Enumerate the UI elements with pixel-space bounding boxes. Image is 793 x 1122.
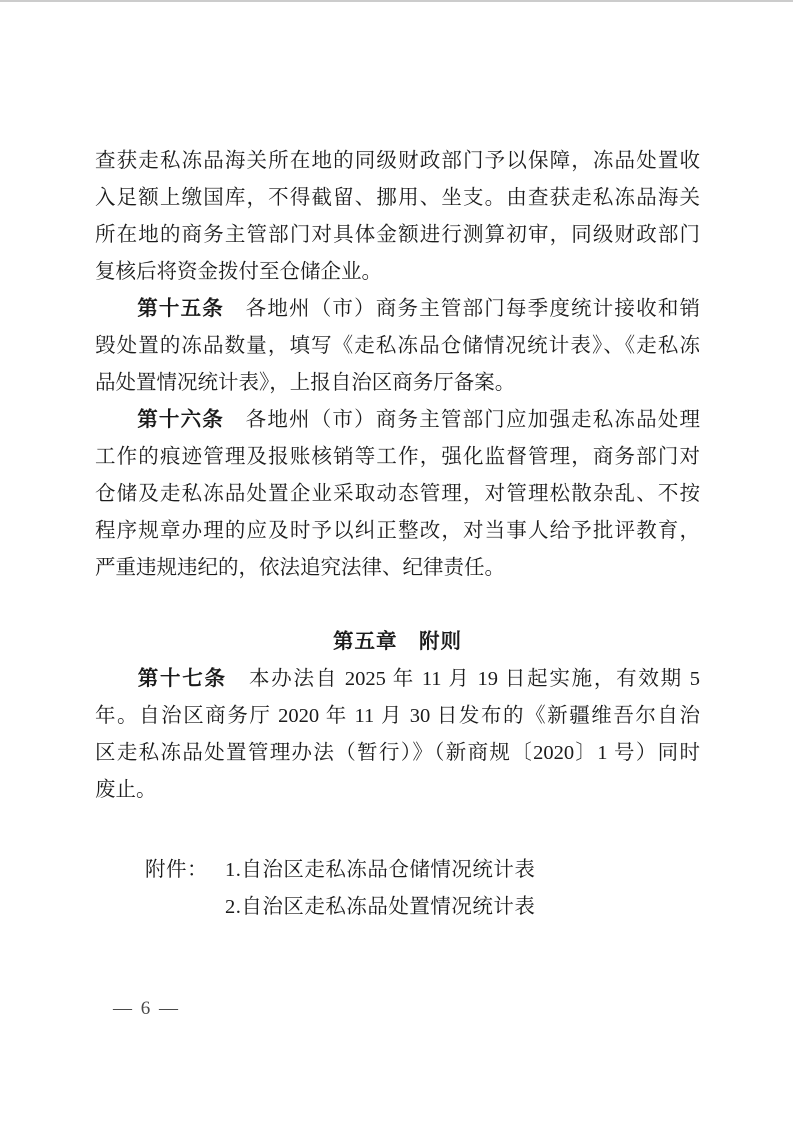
blank-line — [95, 587, 700, 624]
scan-edge-artifact — [0, 0, 793, 2]
text-line: 第十七条 本办法自 2025 年 11 月 19 日起实施，有效期 5 — [95, 661, 700, 698]
paragraph-article15: 第十五条 各地州（市）商务主管部门每季度统计接收和销 毁处置的冻品数量，填写《走… — [95, 291, 700, 402]
text-line: 第十五条 各地州（市）商务主管部门每季度统计接收和销 — [95, 291, 700, 328]
text-line: 年。自治区商务厅 2020 年 11 月 30 日发布的《新疆维吾尔自治 — [95, 698, 700, 735]
text-line: 严重违规违纪的，依法追究法律、纪律责任。 — [95, 550, 700, 587]
text-line: 废止。 — [95, 772, 700, 809]
paragraph-article16: 第十六条 各地州（市）商务主管部门应加强走私冻品处理 工作的痕迹管理及报账核销等… — [95, 402, 700, 587]
text-line: 入足额上缴国库，不得截留、挪用、坐支。由查获走私冻品海关 — [95, 180, 700, 217]
article-16-text: 各地州（市）商务主管部门应加强走私冻品处理 — [224, 409, 700, 431]
text-line: 第十六条 各地州（市）商务主管部门应加强走私冻品处理 — [95, 402, 700, 439]
page-number: — 6 — — [113, 998, 180, 1020]
document-page: 查获走私冻品海关所在地的同级财政部门予以保障，冻品处置收 入足额上缴国库，不得截… — [0, 0, 793, 1122]
attachment-item-1: 1.自治区走私冻品仓储情况统计表 — [225, 859, 535, 881]
article-16-number: 第十六条 — [136, 409, 224, 431]
text-line: 所在地的商务主管部门对具体金额进行测算初审，同级财政部门 — [95, 217, 700, 254]
text-line: 仓储及走私冻品处置企业采取动态管理，对管理松散杂乱、不按 — [95, 476, 700, 513]
article-15-number: 第十五条 — [136, 298, 224, 320]
attachments-label: 附件： — [145, 852, 225, 889]
text-line: 工作的痕迹管理及报账核销等工作，强化监督管理，商务部门对 — [95, 439, 700, 476]
article-17-text: 本办法自 2025 年 11 月 19 日起实施，有效期 5 — [227, 668, 700, 690]
text-line: 毁处置的冻品数量，填写《走私冻品仓储情况统计表》、《走私冻 — [95, 328, 700, 365]
text-line: 品处置情况统计表》，上报自治区商务厅备案。 — [95, 365, 700, 402]
paragraph-article14-continuation: 查获走私冻品海关所在地的同级财政部门予以保障，冻品处置收 入足额上缴国库，不得截… — [95, 143, 700, 291]
attachment-item-2: 2.自治区走私冻品处置情况统计表 — [225, 889, 700, 926]
document-body: 查获走私冻品海关所在地的同级财政部门予以保障，冻品处置收 入足额上缴国库，不得截… — [95, 143, 700, 926]
text-line: 程序规章办理的应及时予以纠正整改，对当事人给予批评教育， — [95, 513, 700, 550]
attachments-list: 附件：1.自治区走私冻品仓储情况统计表 2.自治区走私冻品处置情况统计表 — [145, 852, 700, 926]
attachment-line-1: 附件：1.自治区走私冻品仓储情况统计表 — [145, 852, 700, 889]
paragraph-article17: 第十七条 本办法自 2025 年 11 月 19 日起实施，有效期 5 年。自治… — [95, 661, 700, 809]
article-17-number: 第十七条 — [136, 668, 227, 690]
text-line: 查获走私冻品海关所在地的同级财政部门予以保障，冻品处置收 — [95, 143, 700, 180]
text-line: 区走私冻品处置管理办法（暂行）》（新商规〔2020〕1 号）同时 — [95, 735, 700, 772]
article-15-text: 各地州（市）商务主管部门每季度统计接收和销 — [224, 298, 700, 320]
text-line: 复核后将资金拨付至仓储企业。 — [95, 254, 700, 291]
chapter-heading: 第五章 附则 — [95, 624, 700, 661]
